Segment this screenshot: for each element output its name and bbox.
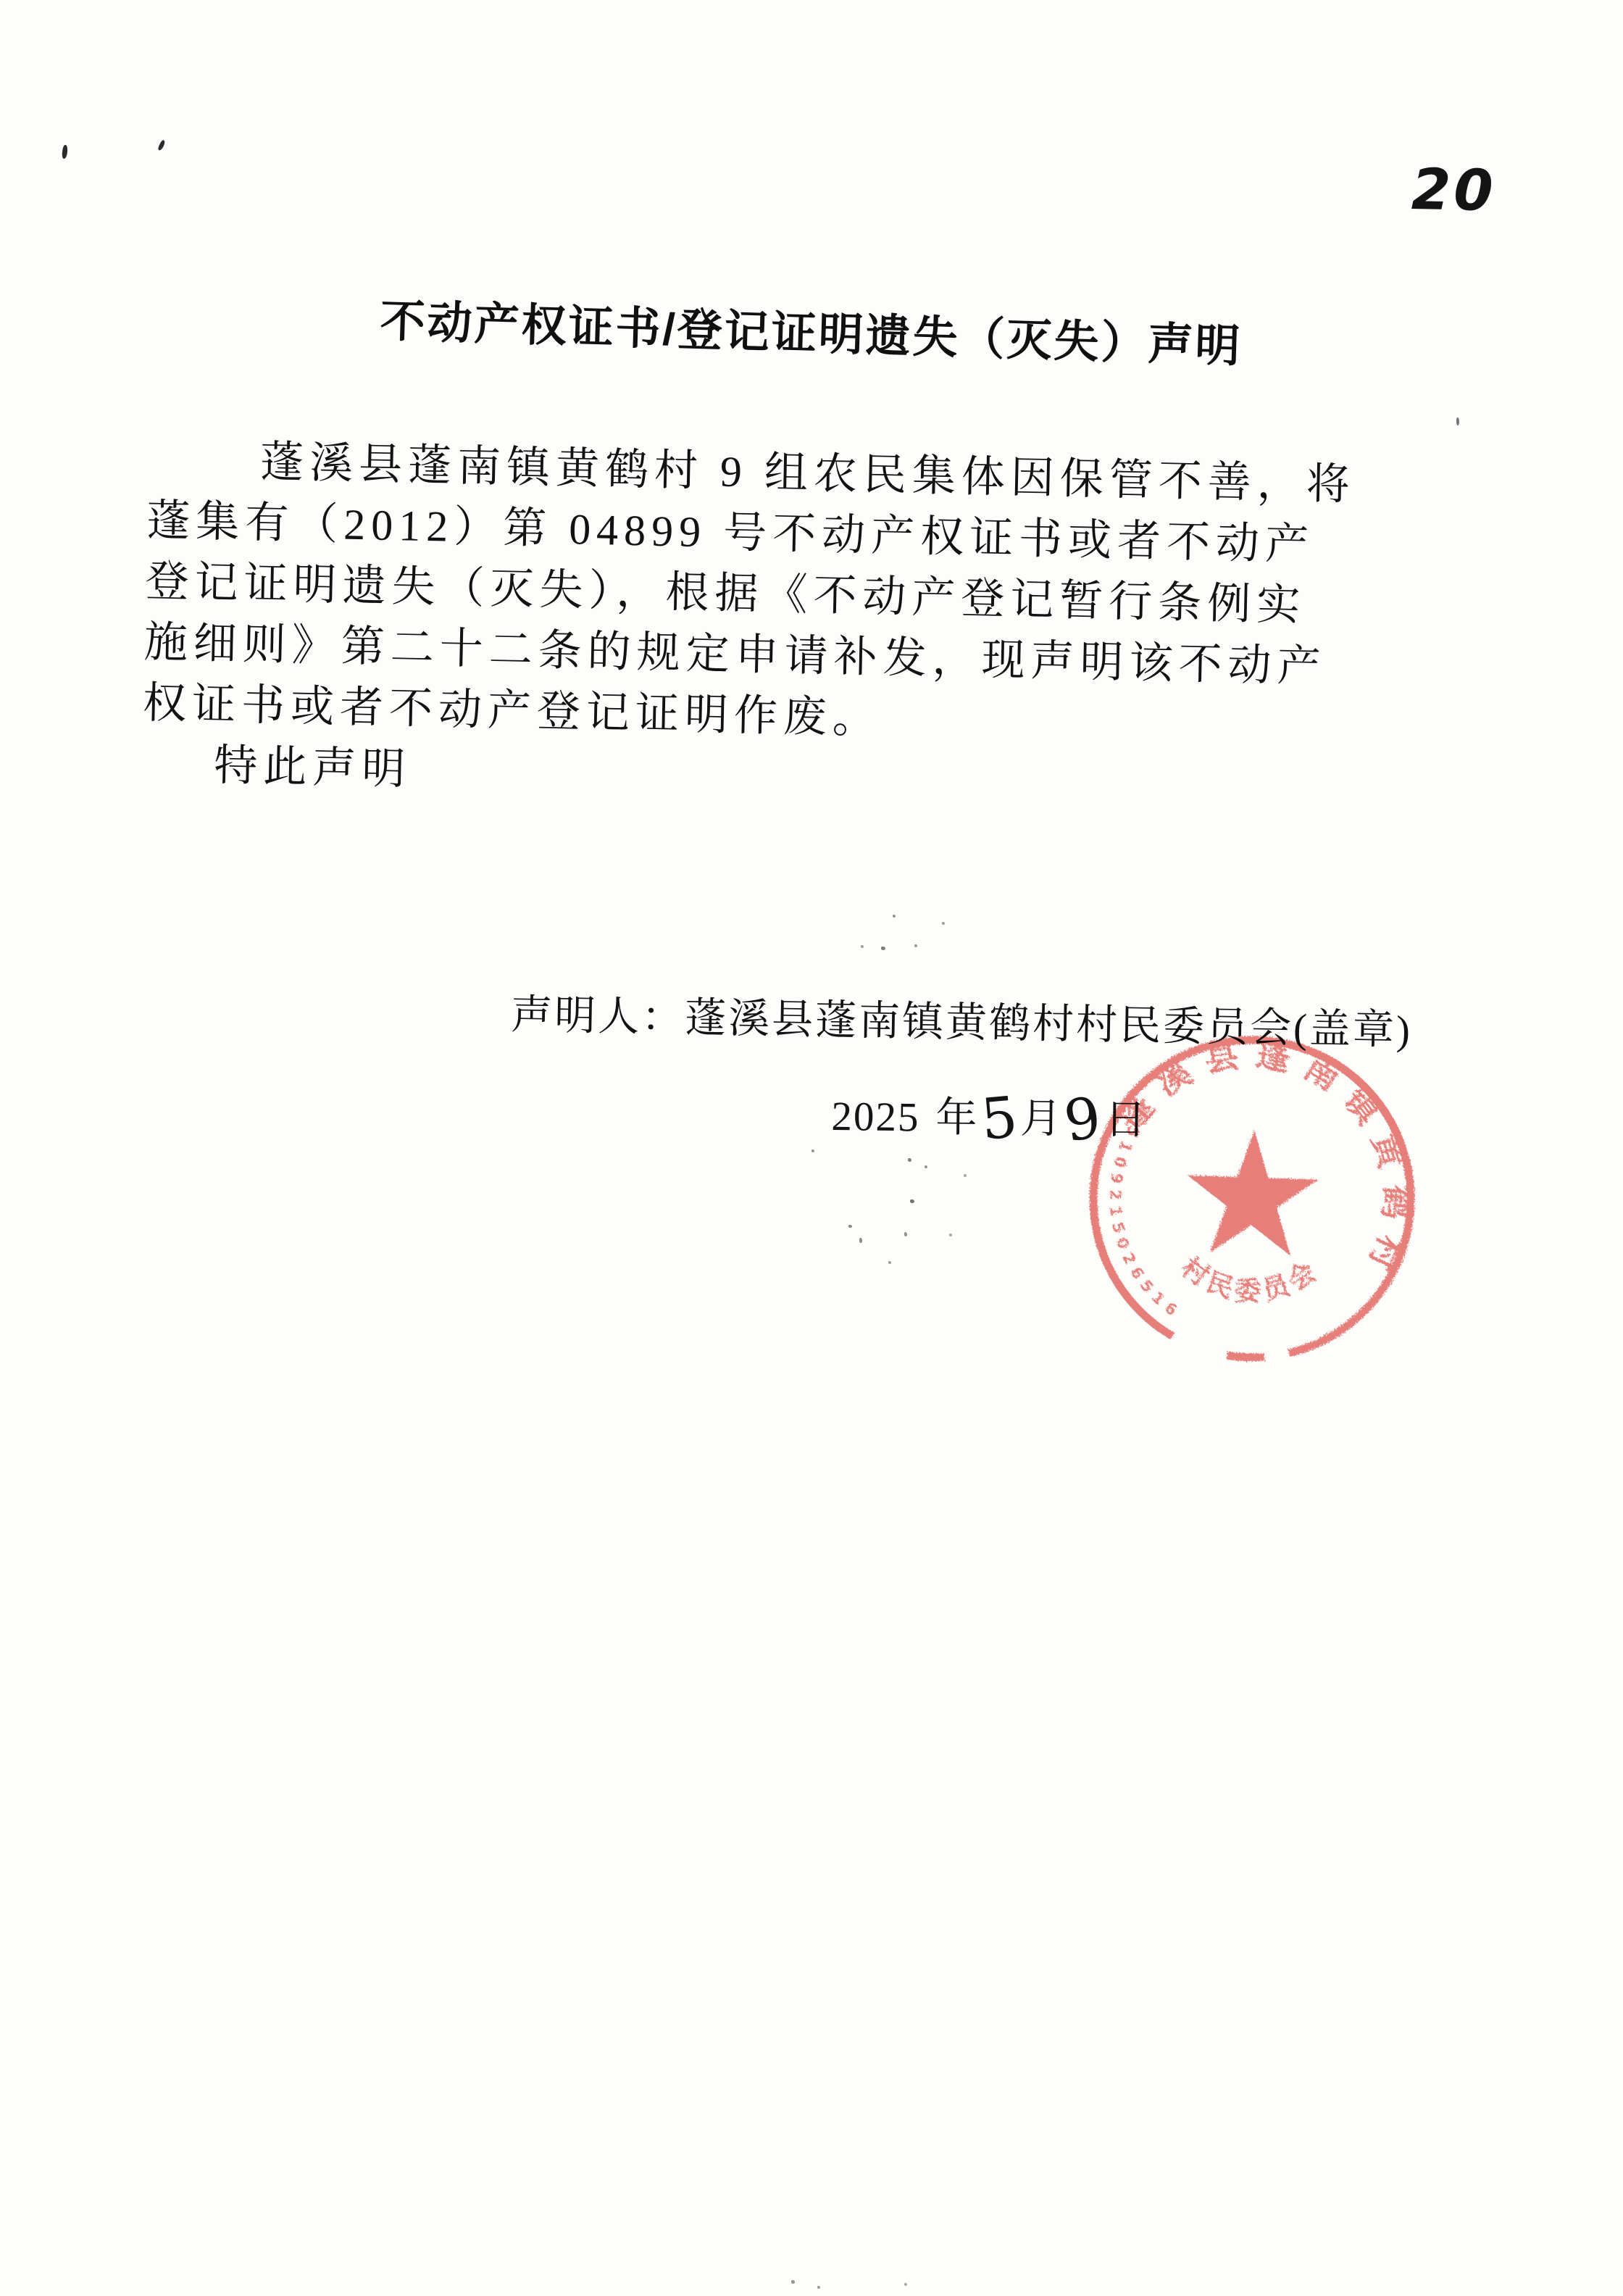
seal-code-number: 5109215026516 <box>1102 1122 1192 1323</box>
seal-bottom-text: 村民委员会 <box>1175 1249 1325 1308</box>
declarant-label: 声明人： <box>511 992 685 1041</box>
declaration-body: 蓬溪县蓬南镇黄鹤村 9 组农民集体因保管不善，将 蓬集有（2012）第 0489… <box>141 429 1445 821</box>
seal-ink-group: 蓬溪县蓬南镇黄鹤村 村民委员会 5109215026516 <box>1088 1028 1422 1363</box>
ink-speck <box>62 145 69 159</box>
seal-graphic: 蓬溪县蓬南镇黄鹤村 村民委员会 5109215026516 <box>1076 1023 1428 1375</box>
ink-speck <box>893 915 896 918</box>
official-seal-stamp: 蓬溪县蓬南镇黄鹤村 村民委员会 5109215026516 <box>1076 1023 1428 1375</box>
date-year-unit: 年 <box>935 1095 979 1141</box>
ink-speck <box>925 1165 927 1168</box>
ink-speck <box>811 1149 814 1152</box>
ink-speck <box>908 1158 911 1162</box>
ink-speck <box>910 1199 914 1203</box>
scanned-declaration-page: 20 不动产权证书/登记证明遗失（灭失）声明 蓬溪县蓬南镇黄鹤村 9 组农民集体… <box>0 0 1623 2296</box>
ink-speck <box>949 1234 952 1236</box>
ink-speck <box>1456 417 1459 425</box>
ink-speck <box>881 947 885 950</box>
ink-speck <box>817 2286 820 2289</box>
date-year: 2025 <box>831 1094 920 1140</box>
ink-speck <box>157 139 166 151</box>
ink-speck <box>888 1261 891 1264</box>
ink-speck <box>904 2283 907 2286</box>
ink-speck <box>861 945 864 948</box>
date-month-unit: 月 <box>1020 1096 1064 1142</box>
ink-speck <box>904 1232 907 1236</box>
ink-speck <box>964 1174 967 1177</box>
document-title: 不动产权证书/登记证明遗失（灭失）声明 <box>0 273 1623 386</box>
seal-ring-text: 蓬溪县蓬南镇黄鹤村 <box>1104 1028 1422 1290</box>
date-month-handwritten: 5 <box>982 1117 1019 1120</box>
ink-speck <box>942 922 945 925</box>
ink-speck <box>848 1225 852 1228</box>
seal-star-icon <box>1185 1128 1320 1257</box>
ink-speck <box>791 2280 795 2284</box>
ink-speck <box>914 944 917 947</box>
ink-speck <box>859 1238 862 1243</box>
page-number: 20 <box>1411 157 1496 224</box>
